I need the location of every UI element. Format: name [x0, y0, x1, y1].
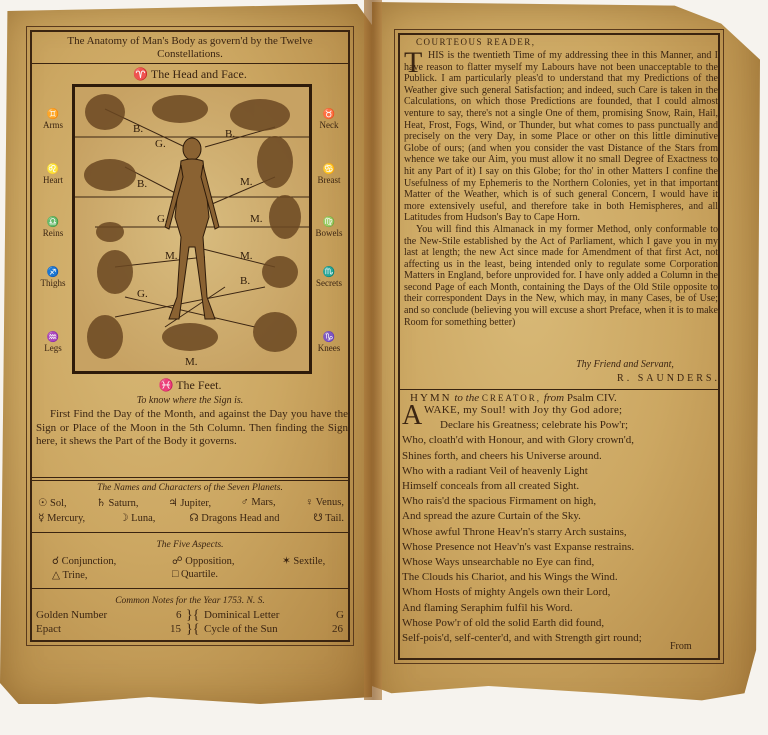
planets-heading: The Names and Characters of the Seven Pl… — [34, 484, 346, 494]
divider — [32, 477, 348, 478]
sign-instructions: First Find the Day of the Month, and aga… — [36, 408, 348, 449]
hymn-line: Whose awful Throne Heav'n's starry Arch … — [402, 525, 720, 540]
dragons-tail: ☋ Tail. — [313, 512, 344, 524]
label-heart: ♌Heart — [36, 165, 70, 185]
aspects-row-1: ☌ Conjunction, ☍ Opposition, ✶ Sextile, — [52, 555, 342, 567]
label-legs: ♒Legs — [36, 333, 70, 353]
zodiac-man-woodcut: B.G.B. B.M.G. M.M.M. B.G.M. — [72, 84, 312, 374]
brace: }{ — [186, 622, 199, 638]
hymn-line: WAKE, my Soul! with Joy thy God adore; — [402, 403, 720, 418]
sign-off: Thy Friend and Servant, — [540, 360, 710, 370]
divider — [32, 532, 348, 533]
hymn-line: Whose Presence not Heav'n's vast Expanse… — [402, 540, 720, 555]
head-label: ♈ The Head and Face. — [34, 68, 346, 80]
label-arms: ♊Arms — [36, 110, 70, 130]
planet-sol: ☉ Sol, — [38, 497, 67, 509]
hymn-verses: WAKE, my Soul! with Joy thy God adore; D… — [402, 403, 720, 646]
aspect-conjunction: ☌ Conjunction, — [52, 555, 172, 567]
svg-text:B.: B. — [133, 123, 143, 135]
common-notes-heading: Common Notes for the Year 1753. N. S. — [34, 597, 346, 607]
label-breast: ♋Breast — [312, 165, 346, 185]
hymn-line: Who with a radiant Veil of heavenly Ligh… — [402, 464, 720, 479]
planet-mercury: ☿ Mercury, — [38, 512, 85, 524]
hymn-line: Whose Ways unsearchable no Eye can find, — [402, 555, 720, 570]
divider — [32, 588, 348, 589]
svg-text:B.: B. — [137, 178, 147, 190]
hymn-line: Himself conceals from all created Sight. — [402, 479, 720, 494]
planet-venus: ♀ Venus, — [305, 497, 344, 509]
label-secrets: ♏Secrets — [312, 268, 346, 288]
svg-text:M.: M. — [240, 176, 253, 188]
svg-text:M.: M. — [185, 356, 198, 368]
signature: R. SAUNDERS. — [560, 374, 720, 384]
svg-text:G.: G. — [157, 213, 168, 225]
label-reins: ♎Reins — [36, 218, 70, 238]
feet-label: ♓ The Feet. — [34, 379, 346, 391]
aspect-opposition: ☍ Opposition, — [172, 555, 282, 567]
label-bowels: ♍Bowels — [312, 218, 346, 238]
svg-text:G.: G. — [155, 138, 166, 150]
hymn-line: Who, cloath'd with Honour, and with Glor… — [402, 433, 720, 448]
svg-text:G.: G. — [137, 288, 148, 300]
planet-mars: ♂ Mars, — [241, 497, 276, 509]
planet-saturn: ♄ Saturn, — [96, 497, 138, 509]
planets-row-1: ☉ Sol, ♄ Saturn, ♃ Jupiter, ♂ Mars, ♀ Ve… — [38, 497, 344, 509]
book-gutter — [364, 0, 382, 700]
note-row-epact: Epact 15 }{ Cycle of the Sun 26 — [36, 623, 346, 637]
label-thighs: ♐Thighs — [36, 268, 70, 288]
divider — [32, 63, 348, 64]
planet-luna: ☽ Luna, — [119, 512, 155, 524]
hymn-line: Declare his Greatness; celebrate his Pow… — [402, 418, 720, 433]
svg-text:B.: B. — [225, 128, 235, 140]
sign-heading: To know where the Sign is. — [34, 396, 346, 406]
hymn-line: The Clouds his Chariot, and his Wings th… — [402, 570, 720, 585]
hymn-line: Whom Hosts of mighty Angels own their Lo… — [402, 585, 720, 600]
aspect-trine: △ Trine, — [52, 569, 172, 581]
svg-text:M.: M. — [165, 250, 178, 262]
aspect-sextile: ✶ Sextile, — [282, 555, 325, 567]
hymn-line: Whose Pow'r of old the solid Earth did f… — [402, 616, 720, 631]
hymn-line: Who rais'd the spacious Firmament on hig… — [402, 494, 720, 509]
svg-text:M.: M. — [240, 250, 253, 262]
svg-text:M.: M. — [250, 213, 263, 225]
dragons-head: ☊ Dragons Head and — [189, 512, 279, 524]
planet-jupiter: ♃ Jupiter, — [168, 497, 211, 509]
label-neck: ♉Neck — [312, 110, 346, 130]
catchword: From — [670, 642, 692, 652]
planets-row-2: ☿ Mercury, ☽ Luna, ☊ Dragons Head and ☋ … — [38, 512, 344, 524]
preface-paragraph: You will find this Almanack in my former… — [404, 224, 718, 328]
aspects-row-2: △ Trine, □ Quartile. — [52, 569, 342, 581]
divider — [32, 480, 348, 481]
aspects-heading: The Five Aspects. — [34, 541, 346, 551]
divider — [400, 389, 718, 390]
hymn-line: And flaming Seraphim fulfil his Word. — [402, 601, 720, 616]
preface-letter: HIS is the twentieth Time of my addressi… — [404, 50, 718, 328]
label-knees: ♑Knees — [312, 333, 346, 353]
note-row-golden-number: Golden Number 6 }{ Dominical Letter G — [36, 609, 346, 623]
zodiac-man-illustration: B.G.B. B.M.G. M.M.M. B.G.M. — [75, 87, 309, 371]
svg-text:B.: B. — [240, 275, 250, 287]
hymn-line: And spread the azure Curtain of the Sky. — [402, 509, 720, 524]
preface-paragraph: HIS is the twentieth Time of my addressi… — [404, 50, 718, 224]
aspect-quartile: □ Quartile. — [172, 569, 218, 581]
anatomy-title: The Anatomy of Man's Body as govern'd by… — [34, 35, 346, 61]
hymn-line: Shines forth, and cheers his Universe ar… — [402, 449, 720, 464]
salutation: COURTEOUS READER, — [416, 38, 535, 47]
